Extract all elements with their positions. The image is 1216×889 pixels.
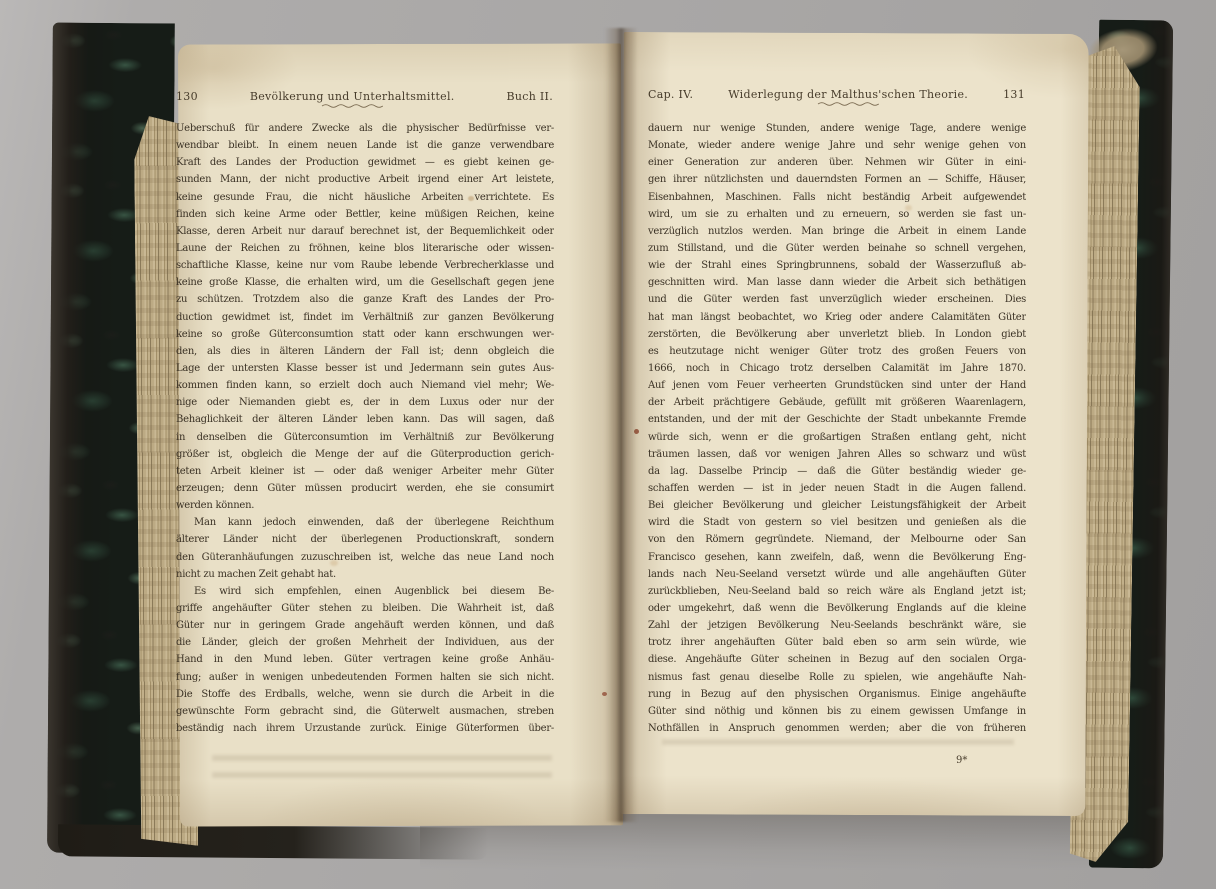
text-line: diese. Angehäufte Güter scheinen in Bezu… (648, 651, 1026, 668)
text-line: lands nach Neu-Seeland versetzt würde un… (648, 566, 1026, 583)
text-line: Man kann jedoch einwenden, daß der überl… (176, 514, 554, 531)
text-line: nige oder Niemanden giebt es, der in dem… (176, 394, 554, 411)
book-label: Buch II. (507, 90, 554, 103)
right-page-text-column: dauern nur wenige Stunden, andere wenige… (648, 120, 1026, 737)
text-line: Monate, wieder andere wenige Jahre und s… (648, 137, 1026, 154)
text-line: Auf jenen vom Feuer verheerten Grundstüc… (648, 377, 1026, 394)
text-line: geschnitten wird. Man lasse dann wieder … (648, 274, 1026, 291)
text-line: keine gesunde Frau, die nicht häusliche … (176, 189, 554, 206)
show-through-text (212, 750, 552, 778)
bottom-cover-edge (58, 824, 488, 859)
text-line: 1666, noch in Chicago trotz derselben Ca… (648, 360, 1026, 377)
text-line: wendbar bleibt. In einem neuen Lande ist… (176, 137, 554, 154)
left-running-head: 130 Bevölkerung und Unterhaltsmittel. Bu… (176, 90, 553, 103)
text-line: gewünschte Form gebracht sind, die Güter… (176, 703, 554, 720)
text-line: finden sich keine Arme oder Bettler, kei… (176, 206, 554, 223)
text-line: schaffen werden — ist in jeder neuen Sta… (648, 480, 1026, 497)
text-line: zum Stillstand, und die Güter werden bei… (648, 240, 1026, 257)
text-line: würde sich, wenn er die großartigen Stra… (648, 429, 1026, 446)
text-line: griffe angehäufter Güter stehen zu bleib… (176, 600, 554, 617)
chapter-label: Cap. IV. (648, 88, 693, 101)
text-line: duction gewidmet ist, findet im Verhältn… (176, 309, 554, 326)
foxing-spot (330, 560, 338, 566)
left-page-text-column: Ueberschuß für andere Zwecke als die phy… (176, 120, 554, 737)
wavy-rule-icon (817, 101, 879, 107)
text-line: älterer Länder nicht der überlegenen Pro… (176, 531, 554, 548)
text-line: zerstörten, die Bevölkerung aber unverle… (648, 326, 1026, 343)
left-running-title: Bevölkerung und Unterhaltsmittel. (250, 90, 455, 103)
text-line: die Länder, gleich der großen Mehrheit d… (176, 634, 554, 651)
left-running-title-wrap: Bevölkerung und Unterhaltsmittel. (250, 90, 455, 103)
text-line: wird die Stadt von gestern so viel besit… (648, 514, 1026, 531)
right-running-title-wrap: Widerlegung der Malthus'schen Theorie. (728, 88, 968, 101)
text-line: oder umgekehrt, daß wenn die Bevölkerung… (648, 600, 1026, 617)
text-line: und die Güter werden fast unverzüglich w… (648, 291, 1026, 308)
text-line: erzeugen; denn Güter müssen producirt we… (176, 480, 554, 497)
right-running-title: Widerlegung der Malthus'schen Theorie. (728, 88, 968, 101)
right-running-head: Cap. IV. Widerlegung der Malthus'schen T… (648, 88, 1025, 101)
text-line: zu schützen. Trotzdem also die ganze Kra… (176, 291, 554, 308)
text-line: Zahl der jetzigen Bevölkerung Neu-Seelan… (648, 617, 1026, 634)
text-line: zurückblieben, Neu-Seeland bald so reich… (648, 583, 1026, 600)
text-line: größer ist, obgleich die Menge der auf d… (176, 446, 554, 463)
text-line: Lage der untersten Klasse besser ist und… (176, 360, 554, 377)
text-line: verzüglich nutzlos werden. Man bringe di… (648, 223, 1026, 240)
text-line: Eisenbahnen, Maschinen. Falls nicht best… (648, 189, 1026, 206)
left-page-number: 130 (176, 90, 198, 103)
text-line: Ueberschuß für andere Zwecke als die phy… (176, 120, 554, 137)
book-gutter (604, 28, 638, 822)
text-line: entstanden, und der mit der Geschichte d… (648, 411, 1026, 428)
text-line: wie der Strahl eines Springbrunnens, sob… (648, 257, 1026, 274)
text-line: Francisco gesehen, kann zweifeln, daß, w… (648, 549, 1026, 566)
text-line: Klasse, deren Arbeit nur darauf berechne… (176, 223, 554, 240)
text-line: wird, um sie zu erhalten und zu erneuern… (648, 206, 1026, 223)
text-line: Güter sind nöthig und können bis zu eine… (648, 703, 1026, 720)
text-line: Kraft des Landes der Production gewidmet… (176, 154, 554, 171)
text-line: Es wird sich empfehlen, einen Augenblick… (176, 583, 554, 600)
show-through-text (662, 733, 1014, 745)
text-line: Laune der Reichen zu fröhnen, keine blos… (176, 240, 554, 257)
text-line: keine so große Güterconsumtion statt ode… (176, 326, 554, 343)
text-line: kommen finden kann, so erzielt doch auch… (176, 377, 554, 394)
text-line: es heutzutage nicht weniger Güter trotz … (648, 343, 1026, 360)
text-line: den Güteranhäufungen zuzuschreiben ist, … (176, 549, 554, 566)
text-line: nicht zu machen Zeit gehabt hat. (176, 566, 554, 583)
text-line: schaftliche Klasse, keine nur vom Raube … (176, 257, 554, 274)
text-line: Bei gleicher Bevölkerung und gleicher Le… (648, 497, 1026, 514)
foxing-spot (905, 205, 912, 211)
book-photograph: 130 Bevölkerung und Unterhaltsmittel. Bu… (0, 0, 1216, 889)
text-line: Güter nur in geringem Grade angehäuft we… (176, 617, 554, 634)
text-line: den, als dies in älteren Ländern der Fal… (176, 343, 554, 360)
text-line: gen ihrer nützlichsten und dauerndsten F… (648, 171, 1026, 188)
text-line: von den Römern gegründete. Niemand, der … (648, 531, 1026, 548)
text-line: in denselben die Güterconsumtion im Verh… (176, 429, 554, 446)
text-line: hat man längst beobachtet, wo Krieg oder… (648, 309, 1026, 326)
text-line: Die Stoffe des Erdballs, welche, wenn si… (176, 686, 554, 703)
text-line: keine große Klasse, die erhalten wird, u… (176, 274, 554, 291)
text-line: der Arbeit prächtigere Gebäude, gefüllt … (648, 394, 1026, 411)
signature-mark: 9* (956, 755, 967, 766)
text-line: beständig nach ihrem Urzustande zurück. … (176, 720, 554, 737)
text-line: sunden Mann, der nicht productive Arbeit… (176, 171, 554, 188)
text-line: trotz ihrer angehäuften Güter bald eben … (648, 634, 1026, 651)
text-line: fung; außer in wenigen unbedeutenden For… (176, 669, 554, 686)
text-line: teten Arbeit kleiner ist — oder daß weni… (176, 463, 554, 480)
text-line: werden können. (176, 497, 554, 514)
text-line: träumen lassen, daß vor wenigen Jahren A… (648, 446, 1026, 463)
text-line: rung in Bezug auf den physischen Organis… (648, 686, 1026, 703)
text-line: einer Generation zur anderen über. Nehme… (648, 154, 1026, 171)
text-line: nismus fast genau dieselbe Rolle zu spie… (648, 669, 1026, 686)
foxing-spot (468, 196, 474, 201)
text-line: Behaglichkeit der älteren Länder leben k… (176, 411, 554, 428)
text-line: dauern nur wenige Stunden, andere wenige… (648, 120, 1026, 137)
right-page-number: 131 (1003, 88, 1025, 101)
wavy-rule-icon (321, 103, 383, 109)
text-line: da lag. Dasselbe Princip — daß die Güter… (648, 463, 1026, 480)
text-line: Hand in den Mund leben. Güter vertragen … (176, 651, 554, 668)
